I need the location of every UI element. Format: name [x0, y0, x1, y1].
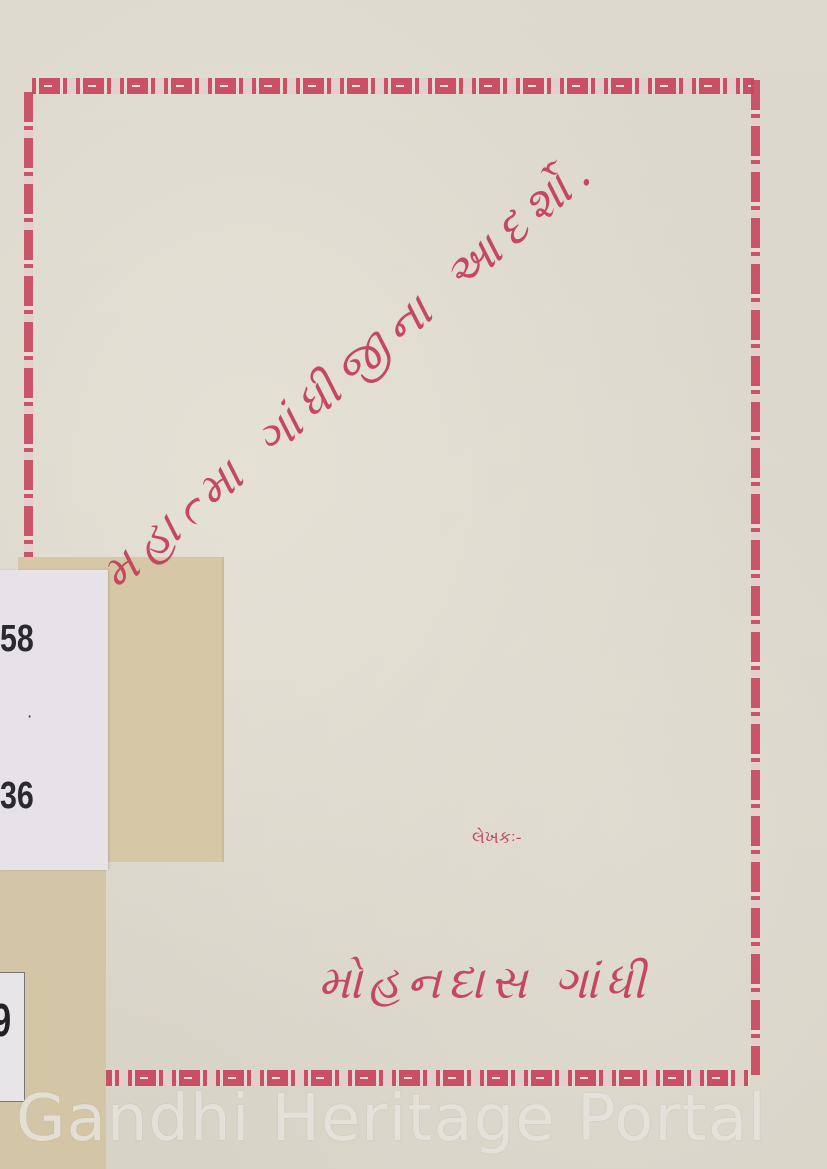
author-signature: મોહનદાસ ગાંધી	[318, 955, 651, 1011]
call-number-line-3: 36	[0, 775, 34, 818]
spine-label-text: 9	[0, 993, 11, 1047]
decorative-border-top	[32, 78, 754, 94]
byline-label: લેખકઃ-	[472, 828, 521, 848]
library-call-label: 58 · 36	[0, 570, 108, 870]
decorative-border-right	[751, 80, 760, 1075]
call-number-line-2: ·	[28, 708, 32, 724]
watermark: Gandhi Heritage Portal	[16, 1082, 816, 1156]
call-number-line-1: 58	[0, 618, 34, 661]
